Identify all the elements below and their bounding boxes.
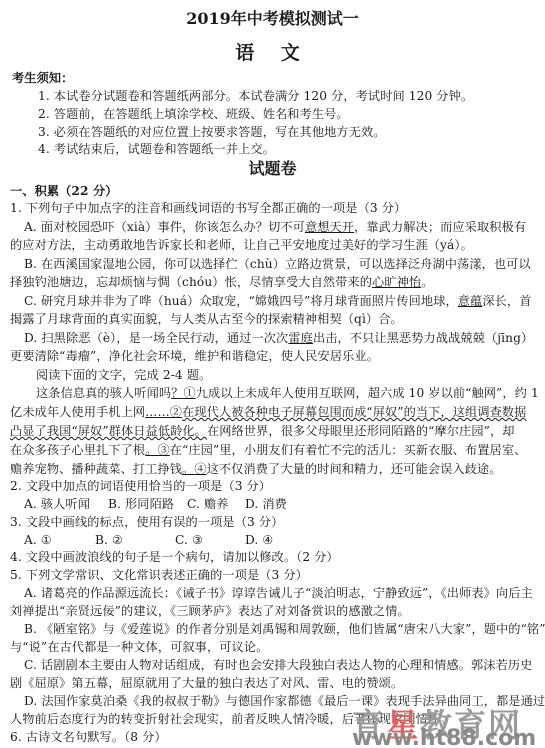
underlined-word: 心旷神怡 (372, 275, 421, 289)
q1-option-c-line2: 揭露了月球背面的真实面貌，与人类从古至今的探索精神相契（qì）合。 (10, 311, 403, 327)
text: 。 (421, 275, 433, 289)
underlined-word: 雷庭 (288, 331, 313, 345)
text: 亿未成年人使用手机上网 (10, 405, 145, 419)
q5-option-a-line2: 刘禅提出“亲贤远佞”的建议，《三顾茅庐》表达了对刘备赏识的感激之情。 (10, 603, 410, 619)
marked-punctuation: ……② (145, 405, 182, 419)
q2-option-a: A. 骇人听闻 (24, 496, 90, 512)
q1-option-b-line2: 择独钓池塘边，忘却烦恼与惆（chóu）怅，尽情享受大自然带来的心旷神怡。 (10, 274, 433, 290)
q3-option-b: B. ② (95, 532, 123, 548)
passage-line-3: 凸显了我国“屏奴”群体日益低龄化。在网络世界，很多父母眼里还形同陌路的“摩尔庄园… (10, 423, 515, 439)
notice-item: 4. 考试结束后，试题卷和答题纸一并上交。 (38, 141, 275, 157)
question-4-stem: 4. 文段中画波浪线的句子是一个病句，请加以修改。（2 分） (10, 549, 339, 565)
q5-option-c-line2: 剧《屈原》第五幕，屈原就用了大量的独白表达了对风、雷、电的赞颂。 (10, 675, 403, 691)
q5-option-b-line2: 与“说”在古代都是一种文体，可叙事，可议论。 (10, 639, 268, 655)
marked-punctuation: 。③ (145, 443, 170, 457)
marked-punctuation: 。④ (182, 462, 207, 476)
subject-title: 语 文 (0, 38, 545, 65)
text: 出击，不只让黑恶势力战战兢兢（jīng） (313, 331, 533, 345)
text: 赡养宠物、播种蔬菜、打工挣钱 (10, 462, 182, 476)
q5-option-c-line1: C. 话剧剧本主要由人物对话组成，有时也会安排大段独白表达人物的心理和情感。郭沫… (24, 657, 532, 673)
section-title: 试题卷 (0, 156, 545, 179)
wavy-sentence: 凸显了我国“屏奴”群体日益低龄化。 (10, 424, 207, 438)
text: 这不仅消费了大量的时间和精力，还可能会误入歧途。 (207, 462, 502, 476)
q2-option-d: D. 消费 (245, 496, 287, 512)
q3-option-a: A. ① (24, 532, 52, 548)
passage-line-1: 这条信息真的骇人听闻吗？①九成以上未成年人使用互联网，超六成 10 岁以前“触网… (36, 385, 539, 401)
text: D. 扫黑除恶（è），是一场全民行动，通过一次次 (24, 331, 288, 345)
exam-title: 2019年中考模拟测试一 (0, 6, 545, 29)
reading-intro: 阅读下面的文字，完成 2-4 题。 (36, 367, 211, 383)
notice-item: 1. 本试卷分试题卷和答题纸两部分。本试卷满分 120 分，考试时间 120 分… (38, 88, 473, 104)
q1-option-b-line1: B. 在西溪国家湿地公园，你可以选择伫（chù）立路边赏景，可以选择泛舟湖中荡漾… (24, 256, 531, 272)
q5-option-b-line1: B. 《陋室铭》与《爱莲说》的作者分别是刘禹锡和周敦颐，他们皆属“唐宋八大家”，… (24, 621, 545, 637)
text: ，靠武力解决；而应采取积极有 (354, 220, 526, 234)
q2-option-b: B. 形同陌路 (108, 496, 174, 512)
q1-option-a-line2: 的应对方法，主动勇敢地告诉家长和老师，让自己平安地度过美好的学习生涯（yá）。 (10, 237, 473, 253)
text: 在众多孩子心里扎下了根 (10, 443, 145, 457)
text: 择独钓池塘边，忘却烦恼与惆（chóu）怅，尽情享受大自然带来的 (10, 275, 372, 289)
question-2-stem: 2. 文段中加点的词语使用恰当的一项是（3 分） (10, 478, 271, 494)
question-3-stem: 3. 文段中画线的标点，使用有误的一项是（3 分） (10, 514, 283, 530)
passage-line-5: 赡养宠物、播种蔬菜、打工挣钱。④这不仅消费了大量的时间和精力，还可能会误入歧途。 (10, 461, 502, 477)
text: 深长，首 (482, 294, 531, 308)
exam-page: 2019年中考模拟测试一 语 文 考生须知： 1. 本试卷分试题卷和答题纸两部分… (0, 0, 545, 748)
text: 九成以上未成年人使用互联网，超六成 10 岁以前“触网”，约 1 (196, 386, 539, 400)
passage-line-2: 亿未成年人使用手机上网……②在现代人被各种电子屏幕包围而成“屏奴”的当下，这组调… (10, 404, 526, 420)
wavy-sentence: 在现代人被各种电子屏幕包围而成“屏奴”的当下，这组调查数据 (182, 405, 526, 419)
q1-option-c-line1: C. 研究月球并非为了哗（huá）众取宠，“嫦娥四号”将月球背面照片传回地球，意… (24, 293, 532, 309)
marked-punctuation: ？① (171, 386, 196, 400)
q1-option-a-line1: A. 面对校园恐吓（xià）事件，你该怎么办？切不可意想天开，靠武力解决；而应采… (24, 219, 526, 235)
q2-option-c: C. 赡养 (187, 496, 229, 512)
question-5-stem: 5. 下列文学常识、文化常识表述正确的一项是（3 分） (10, 567, 308, 583)
q5-option-a-line1: A. 诸葛亮的作品源远流长：《诫子书》谆谆告诫儿子“淡泊明志，宁静致远”，《出师… (24, 585, 533, 601)
watermark-url: www.ht88.com (352, 726, 536, 748)
part-heading: 一、积累（22 分） (10, 183, 118, 199)
q3-option-d: D. ④ (245, 532, 273, 548)
passage-line-4: 在众多孩子心里扎下了根。③在“庄园”里，小朋友们有着忙不完的活儿：买新衣服、布置… (10, 442, 526, 458)
notice-item: 3. 必须在答题纸的对应位置上按要求答题，写在其他地方无效。 (38, 124, 386, 140)
q3-option-c: C. ③ (175, 532, 203, 548)
underlined-word: 意想天开 (305, 220, 354, 234)
notice-item: 2. 答题前，在答题纸上填涂学校、班级、姓名和考生号。 (38, 106, 349, 122)
notice-heading: 考生须知： (12, 70, 73, 86)
text: 在“庄园”里，小朋友们有着忙不完的活儿：买新衣服、布置居室、 (170, 443, 527, 457)
question-1-stem: 1. 下列句子中加点字的注音和画线词语的书写全都正确的一项是（3 分） (10, 200, 406, 216)
text: 在网络世界，很多父母眼里还形同陌路的“摩尔庄园”，却 (207, 424, 515, 438)
text: 这条信息真的骇人听闻吗 (36, 386, 171, 400)
text: C. 研究月球并非为了哗（huá）众取宠，“嫦娥四号”将月球背面照片传回地球， (24, 294, 458, 308)
q1-option-d-line1: D. 扫黑除恶（è），是一场全民行动，通过一次次雷庭出击，不只让黑恶势力战战兢兢… (24, 330, 533, 346)
q1-option-d-line2: 更要清除“毒瘤”，净化社会环境，维护和谐稳定，使人民安居乐业。 (10, 348, 379, 364)
text: A. 面对校园恐吓（xià）事件，你该怎么办？切不可 (24, 220, 305, 234)
underlined-word: 意蕴 (458, 294, 483, 308)
question-6-stem: 6. 古诗文名句默写。（8 分） (10, 729, 167, 745)
